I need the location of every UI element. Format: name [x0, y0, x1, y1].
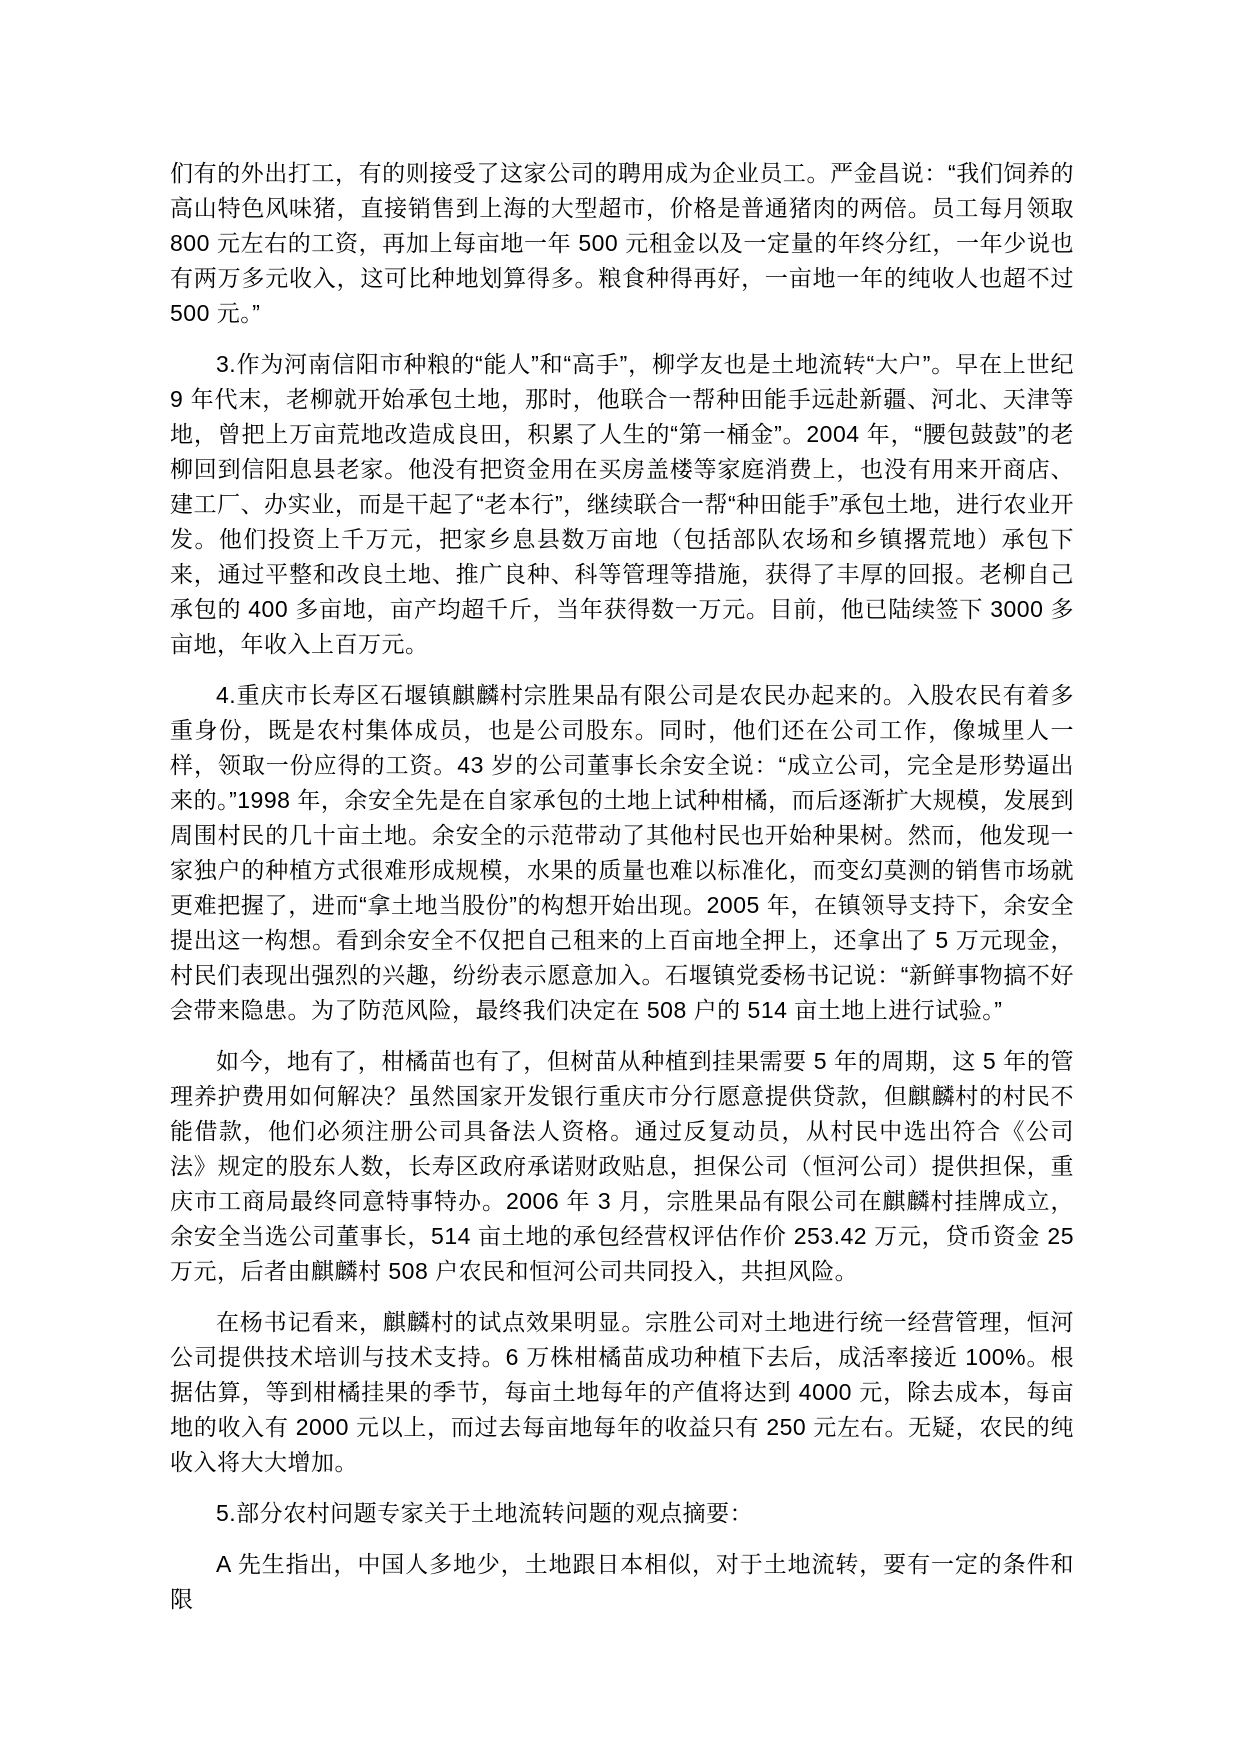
paragraph-continuation: 们有的外出打工，有的则接受了这家公司的聘用成为企业员工。严金昌说：“我们饲养的高… [170, 156, 1074, 331]
paragraph-expert-a: A 先生指出，中国人多地少，土地跟日本相似，对于土地流转，要有一定的条件和限 [170, 1547, 1074, 1617]
document-body: 们有的外出打工，有的则接受了这家公司的聘用成为企业员工。严金昌说：“我们饲养的高… [170, 156, 1074, 1617]
paragraph-item-5-heading: 5.部分农村问题专家关于土地流转问题的观点摘要： [170, 1496, 1074, 1531]
paragraph-item-4-continued-funding: 如今，地有了，柑橘苗也有了，但树苗从种植到挂果需要 5 年的周期，这 5 年的管… [170, 1044, 1074, 1289]
paragraph-item-3: 3.作为河南信阳市种粮的“能人”和“高手”，柳学友也是土地流转“大户”。早在上世… [170, 347, 1074, 662]
paragraph-item-4-continued-results: 在杨书记看来，麒麟村的试点效果明显。宗胜公司对土地进行统一经营管理，恒河公司提供… [170, 1305, 1074, 1480]
document-page: 们有的外出打工，有的则接受了这家公司的聘用成为企业员工。严金昌说：“我们饲养的高… [0, 0, 1240, 1754]
paragraph-item-4: 4.重庆市长寿区石堰镇麒麟村宗胜果品有限公司是农民办起来的。入股农民有着多重身份… [170, 678, 1074, 1028]
